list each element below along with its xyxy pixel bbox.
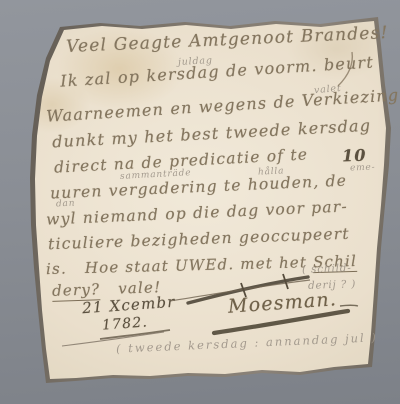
pencil-note-eme: eme- <box>350 163 376 174</box>
pencil-note-halla: hålla <box>258 166 285 177</box>
date-year: 1782. <box>101 314 148 333</box>
photograph-of-letter: Veel Geagte Amtgenoot Brandes! Ik zal op… <box>0 0 400 404</box>
pencil-note-schild-1: ( schild- <box>302 262 352 276</box>
pencil-note-dan: dan <box>56 199 76 210</box>
pencil-note-schild-2: derij ? ) <box>308 278 357 292</box>
pencil-note-juldag: juldag <box>178 55 213 68</box>
